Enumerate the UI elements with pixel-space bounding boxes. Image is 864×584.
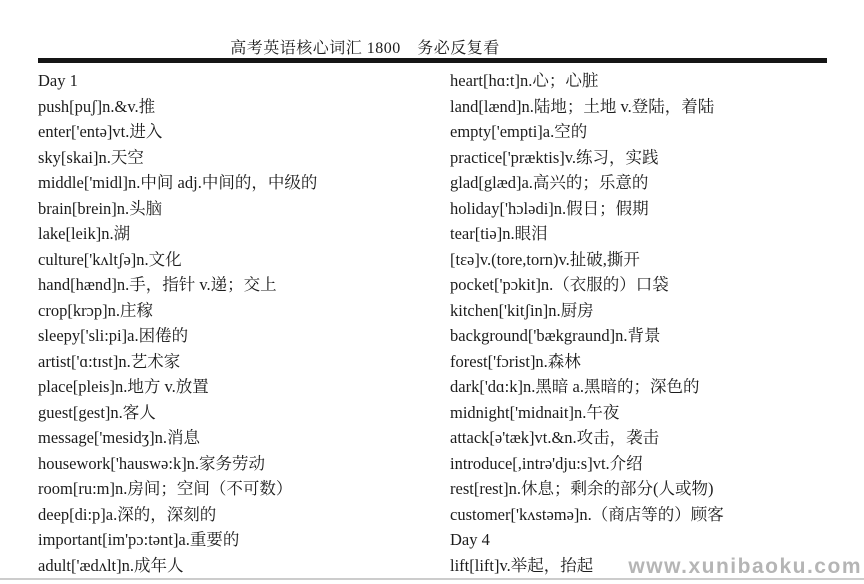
day-heading: Day 1 [38,68,443,94]
vocab-entry: glad[glæd]a.高兴的；乐意的 [450,170,855,196]
vocab-entry: [tɛə]v.(tore,torn)v.扯破,撕开 [450,247,855,273]
vocab-entry: tear[tiə]n.眼泪 [450,221,855,247]
vocab-entry: dark['dɑ:k]n.黑暗 a.黑暗的；深色的 [450,374,855,400]
vocab-entry: artist['ɑ:tɪst]n.艺术家 [38,349,443,375]
page-title: 高考英语核心词汇 1800 务必反复看 [38,35,692,58]
vocab-entry: pocket['pɔkit]n.（衣服的）口袋 [450,272,855,298]
vocab-entry: push[puʃ]n.&v.推 [38,94,443,120]
vocab-entry: sleepy['sli:pi]a.困倦的 [38,323,443,349]
vocab-entry: message['mesidʒ]n.消息 [38,425,443,451]
vocab-entry: land[lænd]n.陆地；土地 v.登陆，着陆 [450,94,855,120]
vocab-entry: room[ru:m]n.房间；空间（不可数） [38,476,443,502]
vocab-entry: forest['fɔrist]n.森林 [450,349,855,375]
header-divider [38,58,827,63]
vocab-entry: heart[hɑ:t]n.心；心脏 [450,68,855,94]
vocab-entry: introduce[,intrə'dju:s]vt.介绍 [450,451,855,477]
vocab-entry: practice['præktis]v.练习，实践 [450,145,855,171]
vocab-entry: brain[brein]n.头脑 [38,196,443,222]
vocab-entry: guest[gest]n.客人 [38,400,443,426]
left-column: Day 1 push[puʃ]n.&v.推 enter['entə]vt.进入 … [38,68,443,578]
vocab-entry: important[im'pɔ:tənt]a.重要的 [38,527,443,553]
vocab-entry: holiday['hɔlədi]n.假日；假期 [450,196,855,222]
vocab-entry: rest[rest]n.休息；剩余的部分(人或物) [450,476,855,502]
vocab-entry: empty['empti]a.空的 [450,119,855,145]
vocab-entry: adult['ædʌlt]n.成年人 [38,553,443,579]
vocab-entry: middle['midl]n.中间 adj.中间的，中级的 [38,170,443,196]
vocab-entry: culture['kʌltʃə]n.文化 [38,247,443,273]
vocab-entry: midnight['midnait]n.午夜 [450,400,855,426]
vocabulary-page: 高考英语核心词汇 1800 务必反复看 Day 1 push[puʃ]n.&v.… [0,0,864,584]
vocab-entry: crop[krɔp]n.庄稼 [38,298,443,324]
vocab-entry: attack[ə'tæk]vt.&n.攻击，袭击 [450,425,855,451]
vocab-entry: lake[leik]n.湖 [38,221,443,247]
vocab-entry: place[pleis]n.地方 v.放置 [38,374,443,400]
right-column: heart[hɑ:t]n.心；心脏 land[lænd]n.陆地；土地 v.登陆… [450,68,855,578]
watermark: www.xunibaoku.com [628,555,862,579]
vocab-entry: enter['entə]vt.进入 [38,119,443,145]
vocab-entry: housework['hauswə:k]n.家务劳动 [38,451,443,477]
day-heading: Day 4 [450,527,855,553]
vocab-entry: hand[hænd]n.手，指针 v.递；交上 [38,272,443,298]
vocab-entry: background['bækgraund]n.背景 [450,323,855,349]
vocab-entry: sky[skai]n.天空 [38,145,443,171]
vocab-entry: customer['kʌstəmə]n.（商店等的）顾客 [450,502,855,528]
vocab-entry: deep[di:p]a.深的，深刻的 [38,502,443,528]
vocab-entry: kitchen['kitʃin]n.厨房 [450,298,855,324]
page-bottom-edge [0,578,864,580]
